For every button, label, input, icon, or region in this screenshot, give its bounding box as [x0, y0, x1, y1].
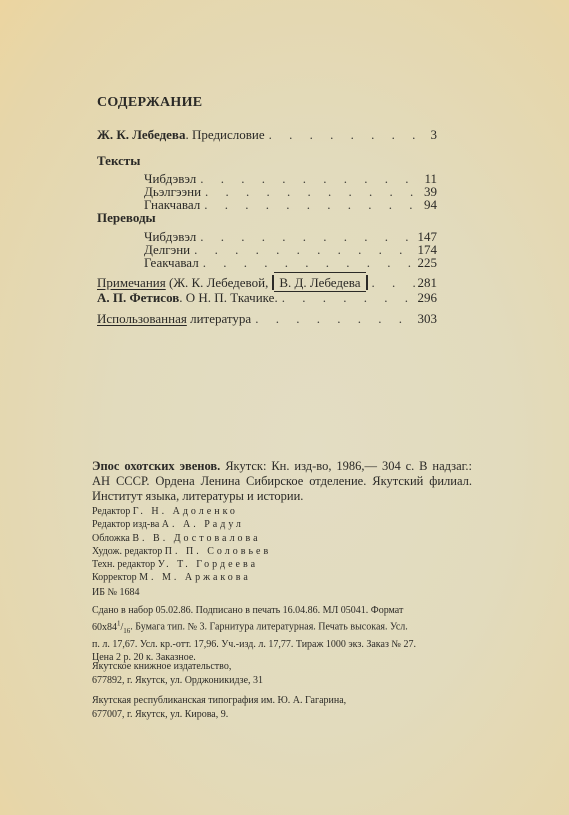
section-heading-translations: Переводы [97, 210, 156, 226]
credit-line: Редактор изд-ва А. А. Радул [92, 518, 271, 531]
toc-notes-cont: А. П. Фетисов. О Н. П. Ткачике. . . . . … [97, 291, 437, 304]
credit-line: Техн. редактор У. Т. Гордеева [92, 558, 271, 571]
preface-label: . Предисловие [185, 127, 264, 142]
ib-number: ИБ № 1684 [92, 587, 140, 598]
page-number: 3 [415, 128, 437, 141]
leader-dots: . . . . . . . . . . . . . . . . . . . [265, 128, 415, 141]
preface-author: Ж. К. Лебедева [97, 127, 185, 142]
book-title: Эпос охотских эвенов. [92, 459, 220, 473]
notes-authors: (Ж. К. Лебедевой, [169, 275, 268, 290]
contents-title: СОДЕРЖАНИЕ [97, 95, 202, 111]
bibliographic-description: Эпос охотских эвенов. Якутск: Кн. изд-во… [92, 459, 472, 504]
credit-line: Худож. редактор П. П. Соловьев [92, 545, 271, 558]
imprint: Сдано в набор 05.02.86. Подписано в печа… [92, 604, 467, 665]
toc-item: Гнакчавал . . . . . . . . . . . . . . . … [144, 198, 437, 211]
section-heading-texts: Тексты [97, 153, 140, 169]
printer-info: Якутская республиканская типография им. … [92, 694, 346, 722]
credits-list: Редактор Г. Н. Адоленко Редактор изд-ва … [92, 505, 271, 585]
toc-preface: Ж. К. Лебедева. Предисловие . . . . . . … [97, 128, 437, 141]
credit-line: Корректор М. М. Аржакова [92, 571, 271, 584]
toc-item: Геакчавал . . . . . . . . . . . . . . . … [144, 256, 437, 269]
toc-notes: Примечания (Ж. К. Лебедевой,В. Д. Лебеде… [97, 276, 437, 289]
credit-line: Обложка В. В. Достовалова [92, 532, 271, 545]
credit-line: Редактор Г. Н. Адоленко [92, 505, 271, 518]
publisher-info: Якутское книжное издательство, 677892, г… [92, 660, 263, 688]
boxed-name: В. Д. Лебедева [272, 275, 367, 290]
notes-label: Примечания [97, 275, 166, 290]
toc-literature: Использованная литература . . . . . . . … [97, 312, 437, 325]
